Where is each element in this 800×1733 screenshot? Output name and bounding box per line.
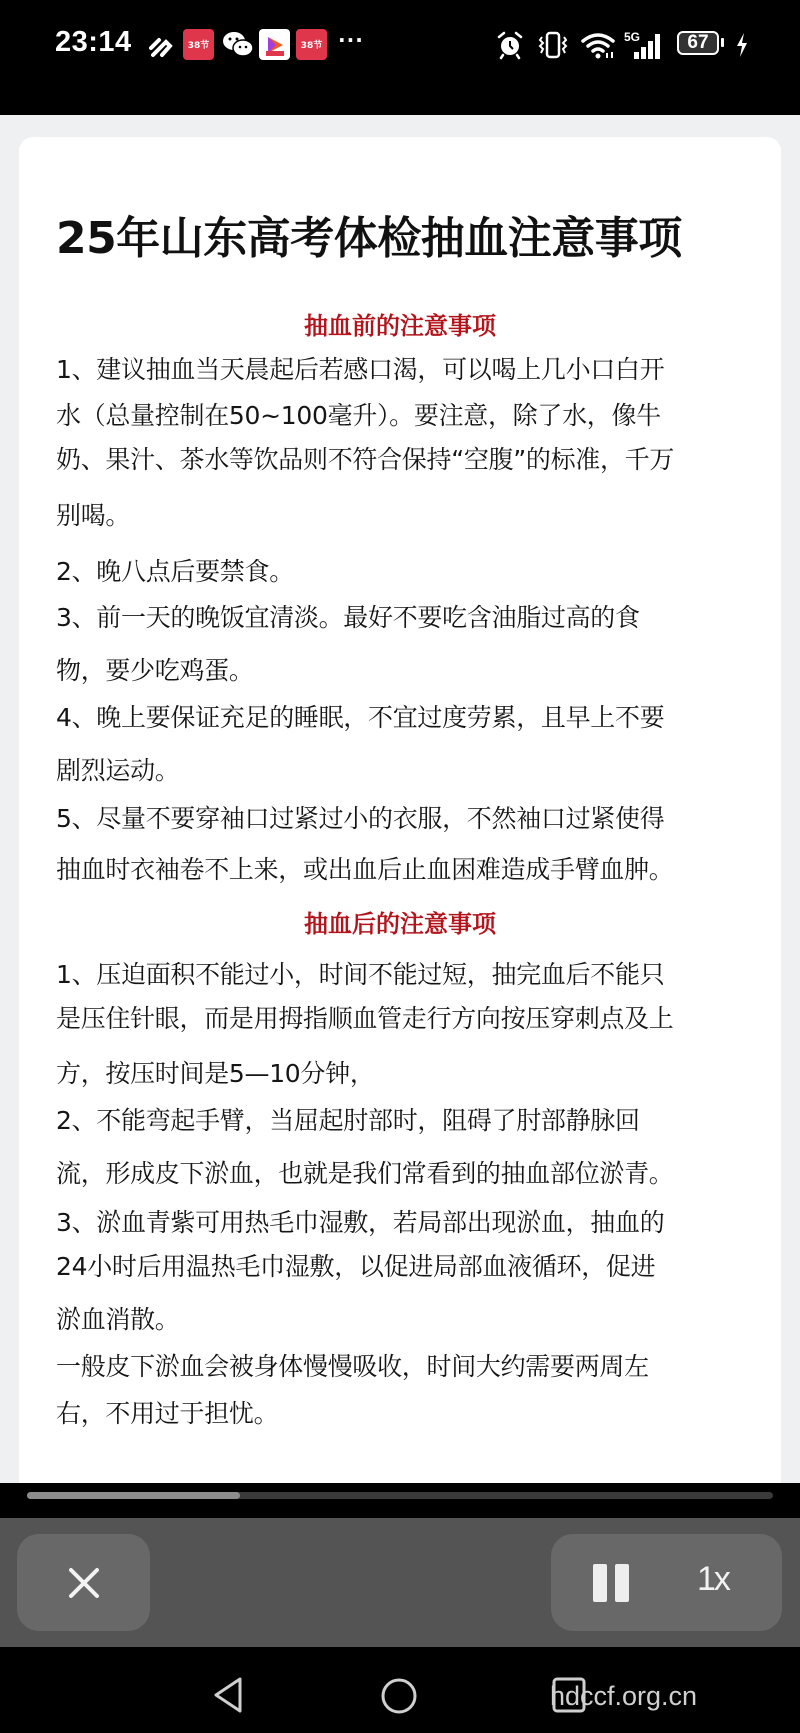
text-line: 4、晚上要保证充足的睡眠，不宜过度劳累，且早上不要 [56, 698, 664, 734]
back-icon[interactable] [212, 1677, 244, 1713]
text-line: 剧烈运动。 [56, 751, 180, 787]
text-line: 5、尽量不要穿袖口过紧过小的衣服，不然袖口过紧使得 [56, 799, 664, 835]
player-controls: 1x [0, 1518, 800, 1647]
38-festival-app-icon: 38节 [296, 29, 327, 60]
battery-indicator: 67 [677, 31, 719, 55]
wechat-icon [222, 30, 254, 60]
article-title: 25年山东高考体检抽血注意事项 [56, 202, 682, 266]
app-tile-label: 38节 [301, 38, 323, 51]
text-line: 物，要少吃鸡蛋。 [56, 651, 254, 687]
text-line: 一般皮下淤血会被身体慢慢吸收，时间大约需要两周左 [56, 1347, 649, 1383]
status-bar: 23:14 38节 38节 ··· 5G 67 [0, 0, 800, 115]
text-line: 方，按压时间是5—10分钟， [56, 1054, 375, 1090]
text-line: 1、压迫面积不能过小，时间不能过短，抽完血后不能只 [56, 955, 664, 991]
swoosh-app-icon [148, 33, 174, 63]
more-notifications-icon: ··· [338, 28, 364, 52]
clock: 23:14 [55, 26, 132, 59]
text-line: 1、建议抽血当天晨起后若感口渴，可以喝上几小口白开 [56, 350, 664, 386]
text-line: 24小时后用温热毛巾湿敷，以促进局部血液循环，促进 [56, 1247, 655, 1283]
video-app-icon [259, 29, 290, 60]
alarm-icon [497, 30, 523, 60]
text-line: 是压住针眼，而是用拇指顺血管走行方向按压穿刺点及上 [56, 999, 674, 1035]
pause-icon [593, 1564, 607, 1602]
text-line: 3、前一天的晚饭宜清淡。最好不要吃含油脂过高的食 [56, 598, 640, 634]
pause-button[interactable] [593, 1564, 631, 1602]
38-festival-app-icon: 38节 [183, 29, 214, 60]
text-line: 2、不能弯起手臂，当屈起肘部时，阻碍了肘部静脉回 [56, 1101, 640, 1137]
battery-nub [721, 38, 724, 47]
playback-speed-button[interactable]: 1x [697, 1560, 729, 1599]
vibrate-icon [537, 30, 569, 60]
text-line: 右，不用过于担忧。 [56, 1394, 278, 1430]
app-tile-label: 38节 [188, 38, 210, 51]
section-heading-after: 抽血后的注意事项 [0, 904, 800, 939]
text-line: 淤血消散。 [56, 1300, 180, 1336]
text-line: 别喝。 [56, 496, 130, 532]
text-line: 抽血时衣袖卷不上来，或出血后止血困难造成手臂血肿。 [56, 850, 674, 886]
wifi-icon [580, 30, 620, 60]
text-line: 奶、果汁、茶水等饮品则不符合保持“空腹”的标准，千万 [56, 440, 674, 476]
close-button[interactable] [17, 1534, 150, 1631]
text-line: 水（总量控制在50~100毫升）。要注意，除了水，像牛 [56, 396, 661, 432]
pause-icon [615, 1564, 629, 1602]
watermark: hdccf.org.cn [550, 1681, 697, 1712]
section-heading-before: 抽血前的注意事项 [0, 306, 800, 341]
navigation-bar: hdccf.org.cn [0, 1647, 800, 1733]
text-line: 流，形成皮下淤血，也就是我们常看到的抽血部位淤青。 [56, 1154, 674, 1190]
progress-thumb[interactable] [27, 1492, 240, 1499]
svg-text:5G: 5G [624, 30, 640, 44]
charging-icon [735, 30, 749, 60]
playback-progress [0, 1483, 800, 1518]
text-line: 3、淤血青紫可用热毛巾湿敷，若局部出现淤血，抽血的 [56, 1203, 664, 1239]
text-line: 2、晚八点后要禁食。 [56, 552, 294, 588]
close-icon [67, 1566, 101, 1600]
home-icon[interactable] [380, 1677, 418, 1715]
playback-pill: 1x [551, 1534, 782, 1631]
5g-signal-icon: 5G [624, 30, 666, 60]
